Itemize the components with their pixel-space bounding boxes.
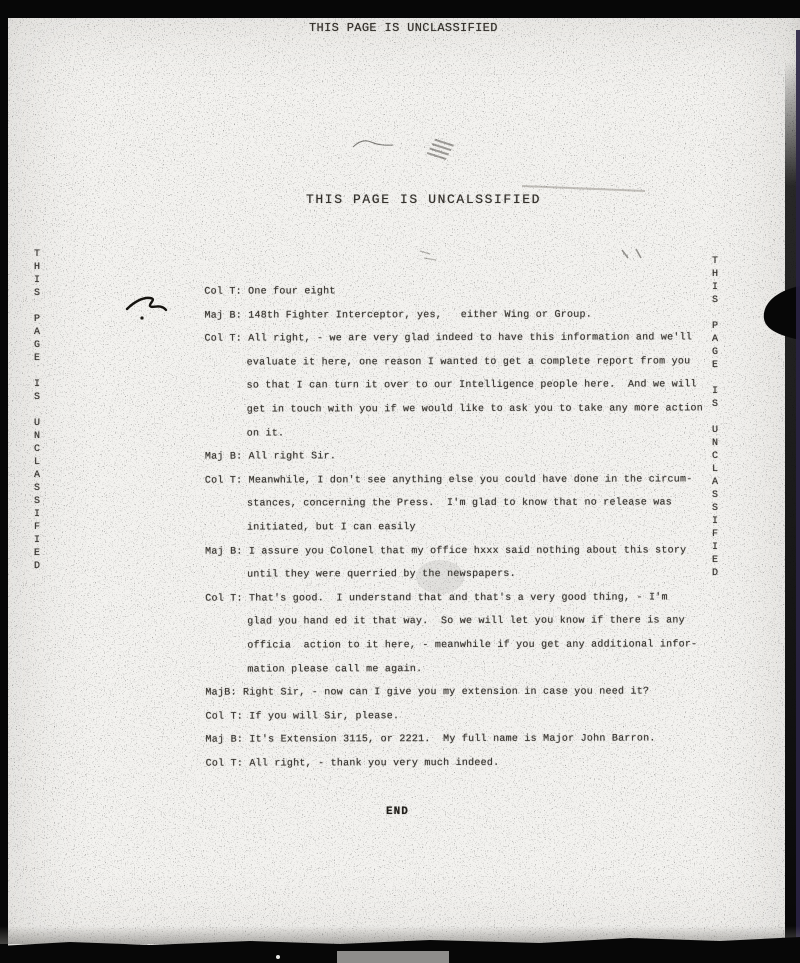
- transcript-line: mation please call me again.: [205, 657, 725, 682]
- scan-right-bar: [785, 60, 800, 963]
- ink-fleck-2: [420, 251, 436, 260]
- end-marker: END: [386, 806, 409, 818]
- ink-smudge: [427, 139, 454, 160]
- transcript-line: on it.: [205, 421, 725, 446]
- scanned-document-page: THIS PAGE IS UNCLASSIFIED THIS PAGE IS U…: [0, 0, 800, 963]
- transcript-line: glad you hand ed it that way. So we will…: [205, 610, 725, 635]
- transcript: Col T: One four eightMaj B: 148th Fighte…: [204, 279, 725, 776]
- transcript-line: Col T: All right, - we are very glad ind…: [204, 327, 724, 352]
- transcript-line: evaluate it here, one reason I wanted to…: [205, 350, 725, 375]
- scan-bottom-bar: [0, 937, 800, 963]
- transcript-line: Maj B: It's Extension 3115, or 2221. My …: [206, 728, 726, 753]
- scan-top-bar: [0, 0, 800, 18]
- left-margin-classification: T H I S P A G E I S U N C L A S S I F I …: [31, 248, 43, 573]
- pen-mark: [127, 298, 166, 310]
- scan-right-blob: [764, 286, 800, 340]
- top-classification-banner: THIS PAGE IS UNCLASSIFIED: [309, 21, 498, 35]
- transcript-line: MajB: Right Sir, - now can I give you my…: [205, 680, 725, 705]
- scan-dust-dot: [276, 955, 280, 959]
- ink-scratch: [353, 141, 393, 147]
- transcript-line: Maj B: 148th Fighter Interceptor, yes, e…: [204, 303, 724, 328]
- ink-fleck: [622, 249, 641, 258]
- page-classification-title: THIS PAGE IS UNCALSSIFIED: [306, 192, 541, 207]
- transcript-line: Col T: One four eight: [204, 279, 724, 304]
- transcript-line: Maj B: All right Sir.: [205, 444, 725, 469]
- scan-left-bar: [0, 0, 8, 963]
- transcript-line: Col T: That's good. I understand that an…: [205, 586, 725, 611]
- transcript-line: initiated, but I can easily: [205, 515, 725, 540]
- transcript-line: Col T: Meanwhile, I don't see anything e…: [205, 468, 725, 493]
- scan-right-edge-tint: [796, 30, 800, 963]
- transcript-line: officia action to it here, - meanwhile i…: [205, 633, 725, 658]
- transcript-line: Col T: All right, - thank you very much …: [206, 751, 726, 776]
- bottom-curl-shadow: [0, 926, 800, 944]
- scan-bottom-gray-box: [337, 951, 449, 963]
- crease-line: [522, 186, 645, 191]
- pen-mark-dot: [140, 316, 143, 319]
- transcript-line: get in touch with you if we would like t…: [205, 397, 725, 422]
- transcript-line: until they were querried by the newspape…: [205, 562, 725, 587]
- transcript-line: stances, concerning the Press. I'm glad …: [205, 492, 725, 517]
- transcript-line: so that I can turn it over to our Intell…: [205, 374, 725, 399]
- transcript-line: Maj B: I assure you Colonel that my offi…: [205, 539, 725, 564]
- transcript-line: Col T: If you will Sir, please.: [205, 704, 725, 729]
